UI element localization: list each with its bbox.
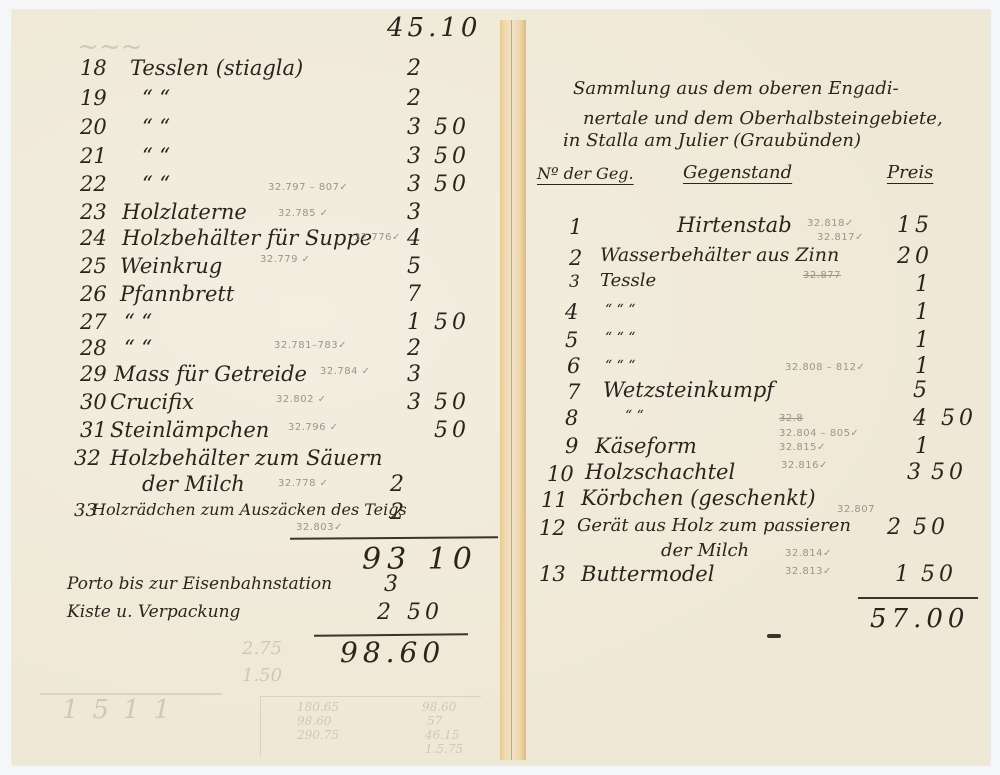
item-price-fr: 3 (407, 200, 425, 225)
item-number: 10 (547, 462, 574, 486)
catalog-number: 32.813✓ (785, 566, 832, 577)
item-price-rp: 50 (921, 562, 957, 587)
catalog-number: 32.814✓ (785, 548, 832, 559)
subtotal: 93 10 (362, 542, 478, 577)
item-number: 7 (567, 380, 580, 404)
item-name: “ “ (124, 336, 152, 360)
bleed-through-side-calc: 46.15 (425, 728, 459, 742)
heading-line: in Stalla am Julier (Graubünden) (563, 130, 861, 151)
bleed-through-side-calc: 57 (427, 714, 442, 728)
item-number: 9 (565, 434, 578, 458)
carried-total: 45.10 (387, 13, 481, 43)
item-number: 28 (80, 336, 107, 360)
item-price-fr: 3 (407, 115, 425, 140)
item-name: “ “ (625, 408, 644, 424)
item-price-fr: 2 (407, 86, 425, 111)
item-price-rp: 50 (434, 310, 470, 335)
item-price-fr: 3 (407, 144, 425, 169)
item-number: 22 (80, 172, 107, 196)
item-name: Wetzsteinkumpf (603, 378, 774, 402)
column-header-number: Nº der Geg. (537, 164, 634, 183)
catalog-number: 32.779 ✓ (260, 254, 311, 265)
item-name-line2: der Milch (142, 472, 245, 496)
item-name: Holzlaterne (122, 200, 247, 224)
item-name: Holzschachtel (585, 460, 735, 484)
item-price-fr: 1 (915, 328, 933, 353)
item-price-fr: 1 (915, 434, 933, 459)
extra-label: Porto bis zur Eisenbahnstation (67, 574, 332, 594)
item-number: 18 (80, 56, 107, 80)
item-name: “ “ (142, 86, 170, 110)
bleed-through-number-box: 1511 (62, 695, 184, 725)
item-number: 13 (539, 562, 566, 586)
item-name: “ “ “ (605, 330, 635, 346)
item-price-rp: 50 (941, 406, 977, 431)
item-price-fr: 5 (407, 254, 425, 279)
extra-price-fr: 2 (377, 600, 395, 625)
item-name: Tessle (600, 270, 656, 291)
item-price-fr: 3 (907, 460, 925, 485)
item-number: 29 (80, 362, 107, 386)
total: 57.00 (870, 604, 969, 634)
item-number: 5 (565, 328, 578, 352)
item-price-rp: 50 (434, 418, 470, 443)
item-number: 23 (80, 200, 107, 224)
item-name: Steinlämpchen (110, 418, 269, 442)
item-number: 24 (80, 226, 107, 250)
item-price-fr: 2 (407, 336, 425, 361)
item-name: Buttermodel (581, 562, 714, 586)
item-name: Käseform (595, 434, 697, 458)
item-name: “ “ (142, 115, 170, 139)
catalog-number-struck: 32.8 (779, 413, 803, 424)
column-header-price: Preis (887, 162, 933, 183)
item-price-fr: 4 (407, 226, 425, 251)
catalog-number: 32.816✓ (781, 460, 828, 471)
item-price-fr: 20 (897, 244, 933, 269)
item-name: “ “ “ (605, 358, 635, 374)
item-price-fr: 1 (915, 272, 933, 297)
item-price-fr: 5 (913, 378, 931, 403)
item-price-fr: 3 (407, 390, 425, 415)
catalog-number: 32.776✓ (354, 232, 401, 243)
item-name: Pfannbrett (120, 282, 234, 306)
heading-line: nertale und dem Oberhalbsteingebiete, (583, 108, 943, 129)
item-name: Holzbehälter zum Säuern (110, 446, 383, 470)
catalog-number: 32.817✓ (817, 232, 864, 243)
item-price-fr: 1 (407, 310, 425, 335)
catalog-number: 32.785 ✓ (278, 208, 329, 219)
column-header-item: Gegenstand (683, 162, 792, 183)
item-price-rp: 50 (931, 460, 967, 485)
bleed-through-calc: 98.60 (297, 714, 331, 728)
item-name: Körbchen (geschenkt) (581, 486, 816, 510)
bleed-through-number: 1.50 (242, 665, 282, 686)
left-page: ~~~ 2.75 1.50 1511 180.65 98.60 290.75 9… (12, 10, 499, 765)
item-name-line2: der Milch (661, 540, 749, 561)
item-number: 19 (80, 86, 107, 110)
catalog-number: 32.802 ✓ (276, 394, 327, 405)
item-number: 1 (569, 215, 582, 239)
item-number: 2 (569, 246, 582, 270)
catalog-number-struck: 32.877 (803, 270, 841, 281)
item-price-rp: 50 (434, 390, 470, 415)
catalog-number: 32.784 ✓ (320, 366, 371, 377)
total-rule (858, 597, 978, 599)
catalog-number: 32.815✓ (779, 442, 826, 453)
item-number: 25 (80, 254, 107, 278)
item-name: Crucifix (110, 390, 194, 414)
bleed-through-number: 2.75 (242, 638, 282, 659)
bleed-through-line (40, 693, 222, 695)
heading-line: Sammlung aus dem oberen Engadi- (573, 78, 899, 99)
item-number: 8 (565, 406, 578, 430)
item-price-fr: 4 (913, 406, 931, 431)
catalog-number: 32.803✓ (296, 522, 343, 533)
item-price-rp: 50 (434, 115, 470, 140)
item-number: 32 (74, 446, 101, 470)
extra-price-fr: 3 (384, 572, 402, 597)
item-number: 21 (80, 144, 107, 168)
item-number: 11 (541, 488, 568, 512)
item-name: “ “ (124, 310, 152, 334)
catalog-number: 32.796 ✓ (288, 422, 339, 433)
item-price-fr: 1 (915, 300, 933, 325)
item-number: 4 (565, 300, 578, 324)
item-name: Holzrädchen zum Auszäcken des Teigs (92, 500, 407, 519)
item-price-fr: 7 (407, 282, 425, 307)
document-sheet: ~~~ 2.75 1.50 1511 180.65 98.60 290.75 9… (12, 10, 990, 765)
catalog-number: 32.781–783✓ (274, 340, 347, 351)
right-page: Sammlung aus dem oberen Engadi- nertale … (525, 10, 990, 765)
item-name: Mass für Getreide (114, 362, 307, 386)
item-name: Holzbehälter für Suppe (122, 226, 372, 250)
item-price-fr: 15 (897, 213, 933, 238)
item-name: “ “ (142, 144, 170, 168)
catalog-number: 32.808 – 812✓ (785, 362, 865, 373)
extra-label: Kiste u. Verpackung (67, 602, 240, 622)
item-name: Wasserbehälter aus Zinn (600, 244, 839, 266)
item-name: Gerät aus Holz zum passieren (577, 515, 851, 536)
bleed-through-calc: 180.65 (297, 700, 339, 714)
item-number: 20 (80, 115, 107, 139)
page-fold-tape (500, 20, 526, 760)
catalog-number: 32.797 – 807✓ (268, 182, 348, 193)
item-name: Weinkrug (120, 254, 222, 278)
item-number: 6 (567, 354, 580, 378)
catalog-number: 32.804 – 805✓ (779, 428, 859, 439)
bleed-through-side-calc: 1.5.75 (425, 742, 463, 756)
catalog-number: 32.818✓ (807, 218, 854, 229)
catalog-number: 32.807 (837, 504, 875, 515)
item-name: “ “ (142, 172, 170, 196)
item-number: 27 (80, 310, 107, 334)
item-price-fr: 3 (407, 172, 425, 197)
item-number: 3 (569, 272, 580, 292)
extra-price-rp: 50 (407, 600, 443, 625)
item-name: “ “ “ (605, 302, 635, 318)
item-price-fr: 2 (390, 500, 408, 525)
ink-blot (767, 634, 781, 638)
item-price-rp: 50 (913, 515, 949, 540)
item-number: 31 (80, 418, 107, 442)
item-number: 12 (539, 516, 566, 540)
item-price-fr: 1 (895, 562, 913, 587)
bleed-through-calc: 290.75 (297, 728, 339, 742)
catalog-number: 32.778 ✓ (278, 478, 329, 489)
bleed-through-side-calc: 98.60 (422, 700, 456, 714)
item-price-fr: 3 (407, 362, 425, 387)
item-price-rp: 50 (434, 172, 470, 197)
item-price-fr: 2 (407, 56, 425, 81)
item-price-fr: 1 (915, 354, 933, 379)
item-price-fr: 2 (887, 515, 905, 540)
grand-total: 98.60 (340, 636, 445, 669)
item-price-rp: 50 (434, 144, 470, 169)
item-number: 26 (80, 282, 107, 306)
item-price-fr: 2 (390, 472, 408, 497)
item-name: Tesslen (stiagla) (130, 56, 303, 80)
subtotal-rule (290, 536, 498, 539)
item-number: 30 (80, 390, 107, 414)
item-name: Hirtenstab (677, 213, 792, 237)
